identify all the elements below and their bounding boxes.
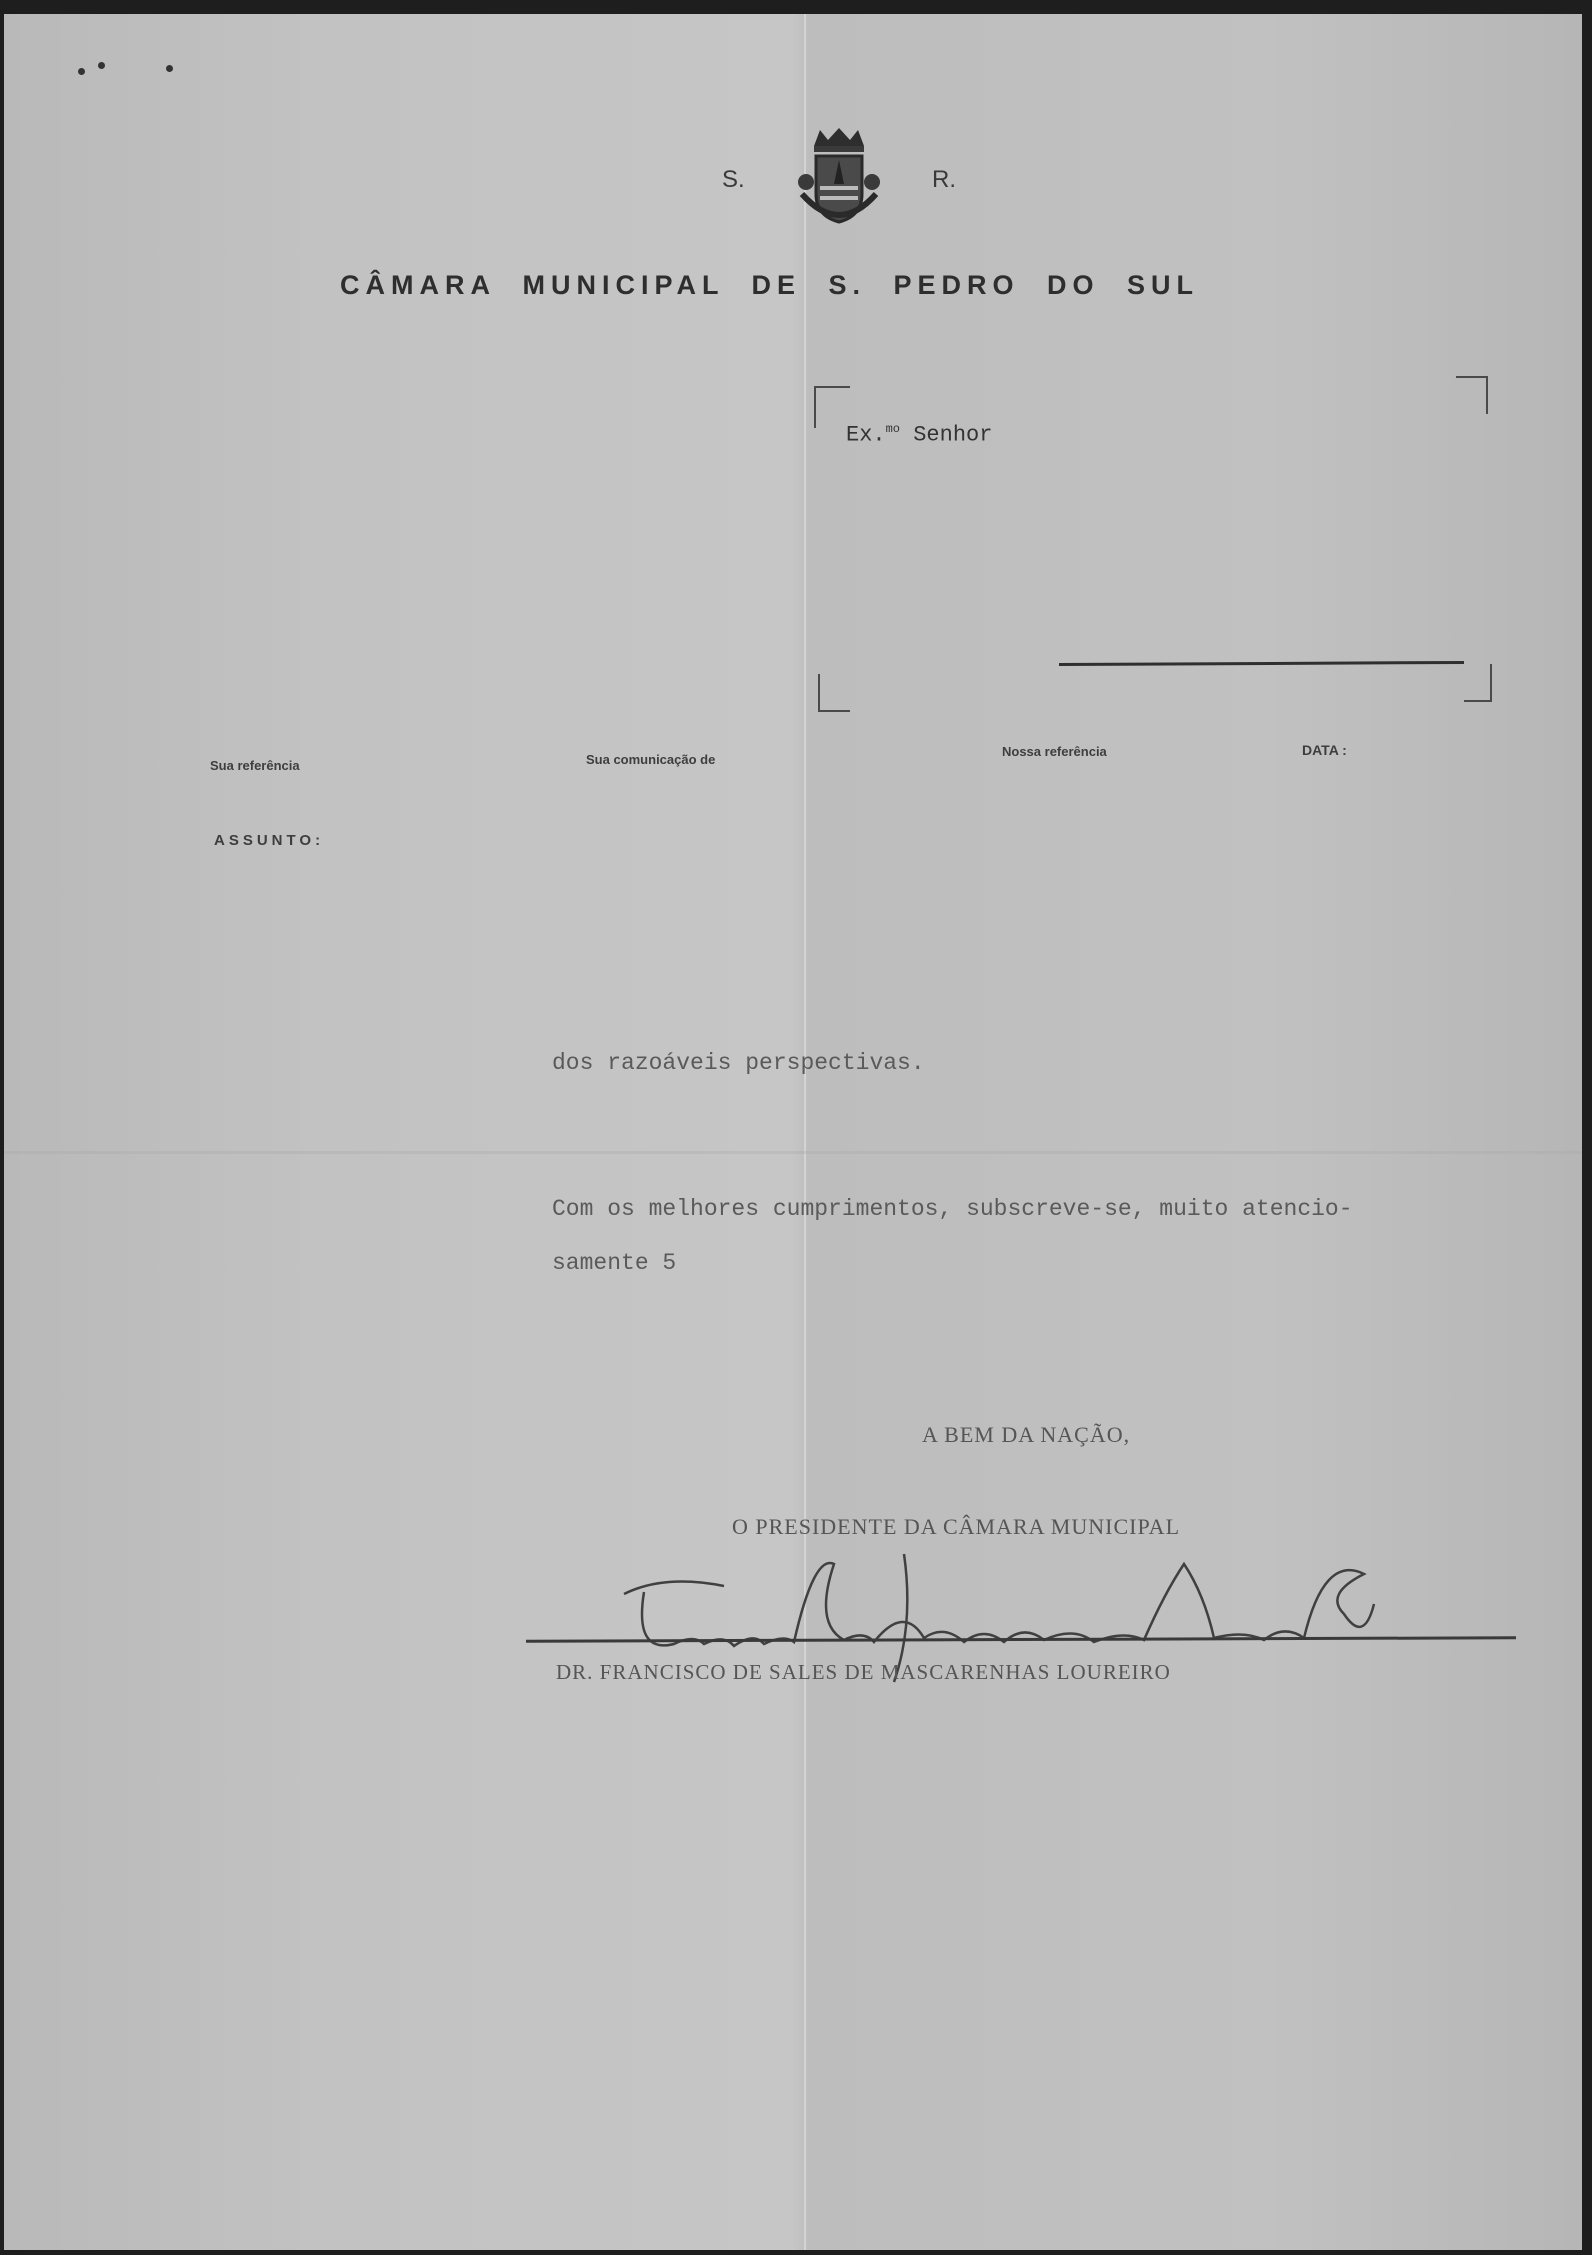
salutation-prefix: Ex. (846, 422, 886, 447)
letterhead-right-mark: R. (932, 166, 956, 194)
data-label: DATA : (1302, 742, 1347, 758)
letter-page: S. R. CÂMARA MUNICIPAL DE S. PEDRO DO SU… (4, 14, 1582, 2250)
closing-motto: A BEM DA NAÇÃO, (922, 1422, 1130, 1448)
salutation-superscript: mo (886, 422, 900, 436)
sua-referencia-label: Sua referência (210, 758, 300, 773)
address-bracket-bottom-right (1464, 664, 1492, 702)
address-underline (1059, 661, 1464, 666)
body-line-2: Com os melhores cumprimentos, subscreve-… (552, 1196, 1353, 1222)
addressee-salutation: Ex.mo Senhor (846, 422, 992, 447)
staple-marks (78, 62, 188, 76)
coat-of-arms-icon (784, 124, 894, 234)
address-bracket-top-right (1456, 376, 1488, 414)
horizontal-fold-crease (4, 1151, 1582, 1154)
address-bracket-bottom-left (818, 674, 850, 712)
address-bracket-top-left (814, 386, 850, 428)
body-line-1: dos razoáveis perspectivas. (552, 1050, 925, 1076)
sua-comunicacao-label: Sua comunicação de (586, 752, 715, 767)
vertical-fold-crease (804, 14, 806, 2250)
nossa-referencia-label: Nossa referência (1002, 744, 1107, 759)
body-line-3: samente 5 (552, 1250, 676, 1276)
organization-title: CÂMARA MUNICIPAL DE S. PEDRO DO SUL (340, 270, 1360, 301)
letterhead-left-mark: S. (722, 166, 745, 194)
salutation-name: Senhor (913, 422, 992, 447)
signatory-name: DR. FRANCISCO DE SALES DE MASCARENHAS LO… (556, 1660, 1171, 1685)
assunto-label: ASSUNTO: (214, 832, 324, 849)
